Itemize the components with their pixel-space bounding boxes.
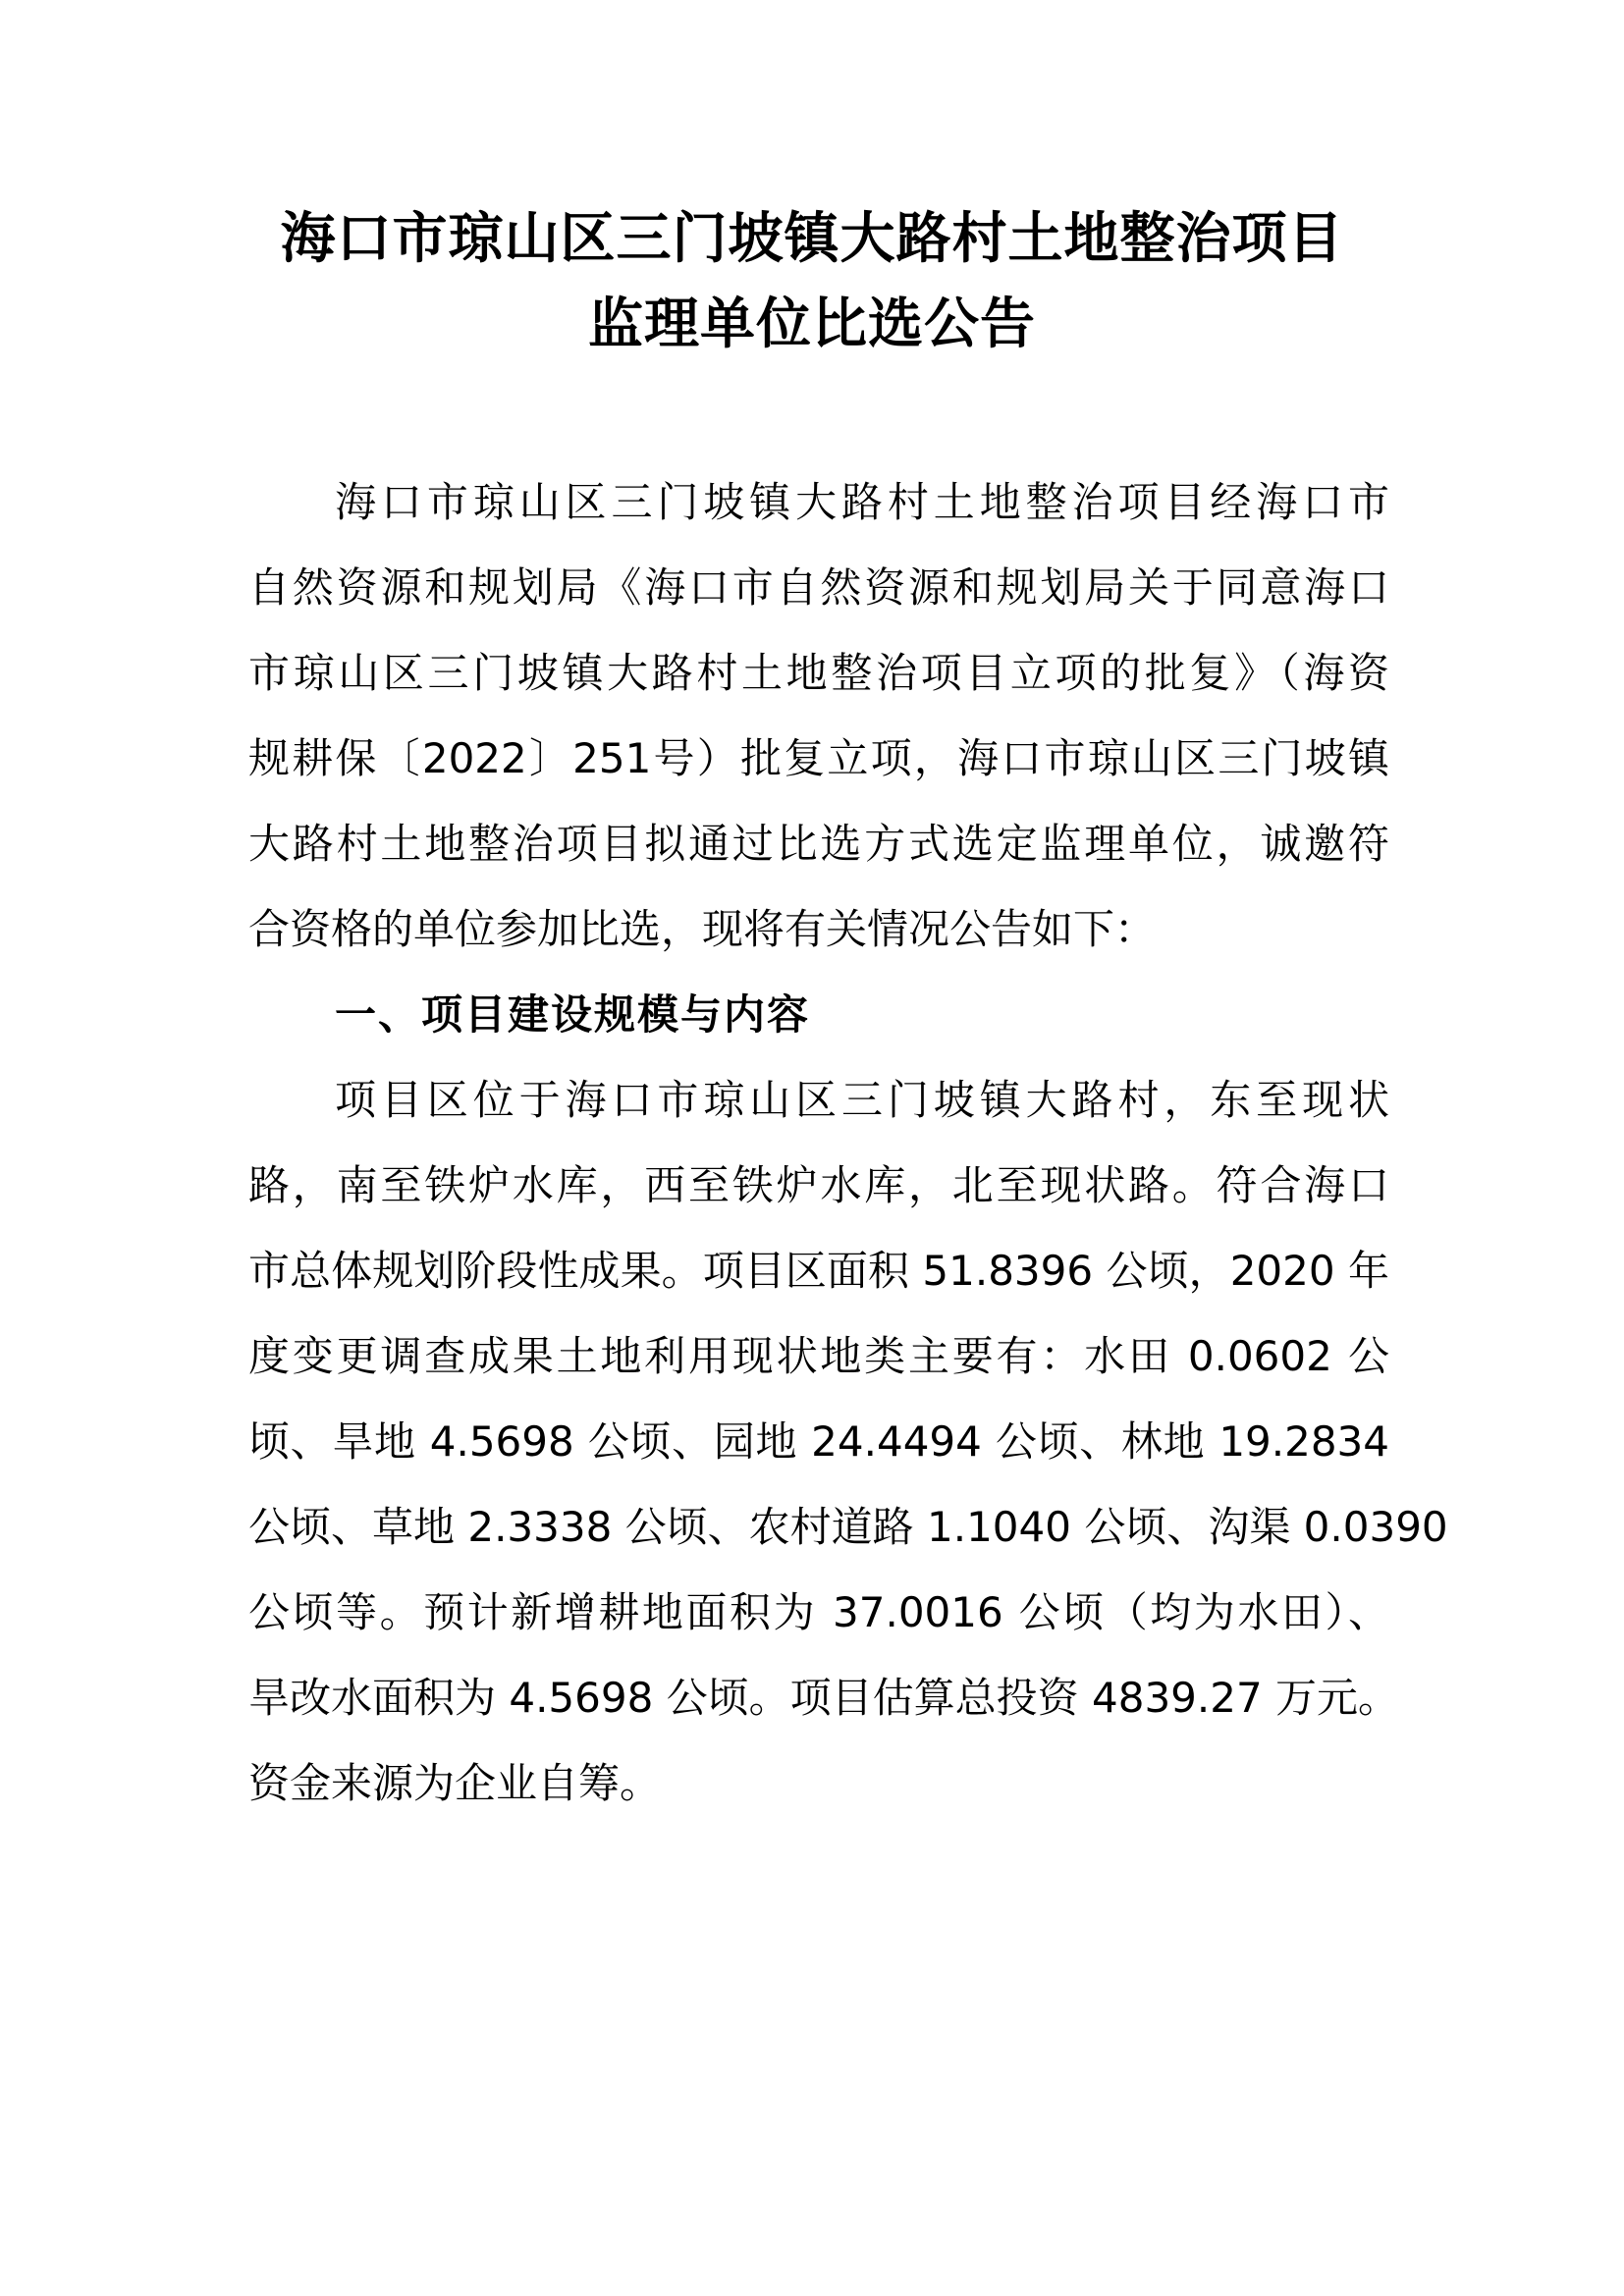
intro-paragraph-line: 市琼山区三门坡镇大路村土地整治项目立项的批复》（海资 — [248, 650, 1389, 697]
document-title-line-1: 海口市琼山区三门坡镇大路村土地整治项目 — [0, 209, 1624, 268]
intro-paragraph-line: 规耕保〔2022〕251号）批复立项，海口市琼山区三门坡镇 — [248, 735, 1389, 782]
intro-paragraph-line: 大路村土地整治项目拟通过比选方式选定监理单位，诚邀符 — [248, 821, 1389, 868]
intro-paragraph-line: 合资格的单位参加比选，现将有关情况公告如下： — [248, 906, 1389, 953]
section-1-line: 公顷、草地 2.3338 公顷、农村道路 1.1040 公顷、沟渠 0.0390 — [248, 1504, 1389, 1551]
section-1-line: 路，南至铁炉水库，西至铁炉水库，北至现状路。符合海口 — [248, 1162, 1389, 1209]
section-1-line: 度变更调查成果土地利用现状地类主要有：水田 0.0602 公 — [248, 1333, 1389, 1380]
section-1-line: 资金来源为企业自筹。 — [248, 1760, 1389, 1807]
section-heading-1: 一、项目建设规模与内容 — [335, 991, 810, 1039]
document-title-line-2: 监理单位比选公告 — [0, 294, 1624, 353]
section-1-line: 项目区位于海口市琼山区三门坡镇大路村，东至现状 — [335, 1077, 1389, 1124]
section-1-line: 公顷等。预计新增耕地面积为 37.0016 公顷（均为水田）、 — [248, 1589, 1389, 1636]
section-1-line: 旱改水面积为 4.5698 公顷。项目估算总投资 4839.27 万元。 — [248, 1675, 1389, 1722]
document-page: 海口市琼山区三门坡镇大路村土地整治项目 监理单位比选公告 海口市琼山区三门坡镇大… — [0, 0, 1624, 2296]
section-1-line: 市总体规划阶段性成果。项目区面积 51.8396 公顷，2020 年 — [248, 1248, 1389, 1295]
intro-paragraph-line: 海口市琼山区三门坡镇大路村土地整治项目经海口市 — [335, 479, 1389, 526]
section-1-line: 顷、旱地 4.5698 公顷、园地 24.4494 公顷、林地 19.2834 — [248, 1418, 1389, 1466]
intro-paragraph-line: 自然资源和规划局《海口市自然资源和规划局关于同意海口 — [248, 564, 1389, 612]
